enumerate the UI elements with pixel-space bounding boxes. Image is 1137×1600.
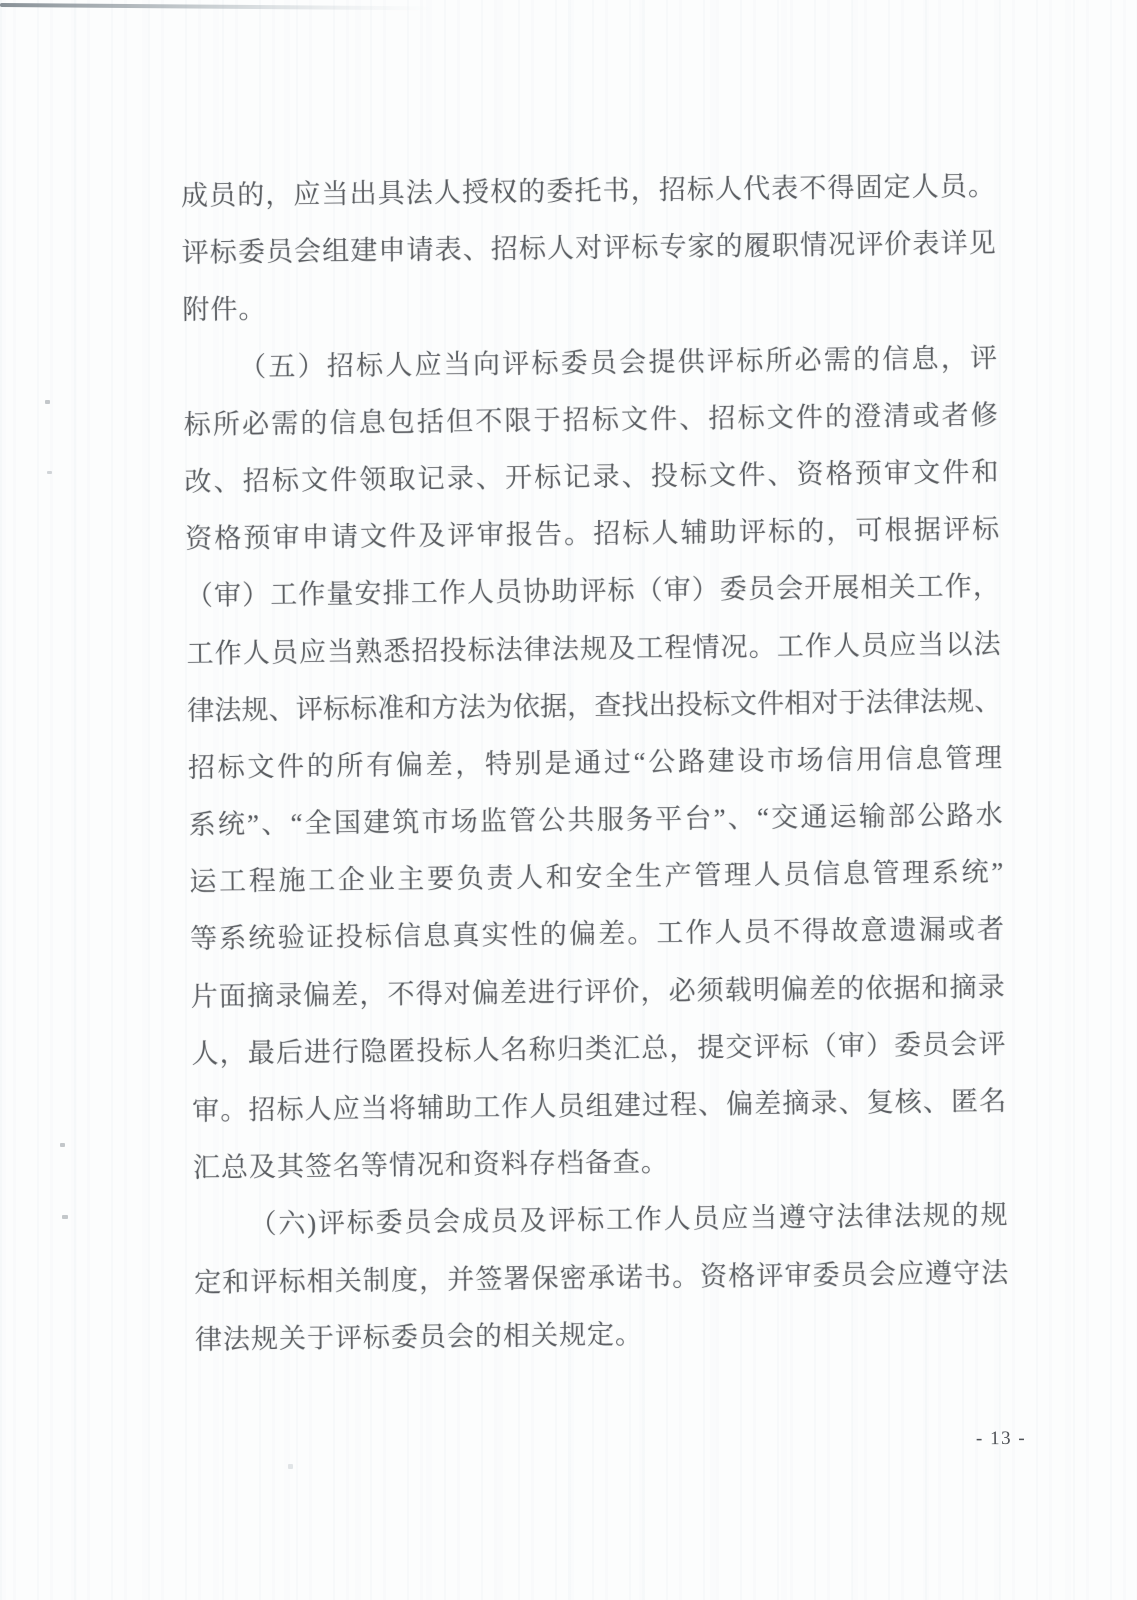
text-line: （五）招标人应当向评标委员会提供评标所必需的信息，评	[183, 330, 998, 397]
text-line: 系统”、“全国建筑市场监管公共服务平台”、“交通运输部公路水	[188, 787, 1003, 854]
scan-artifact-dot	[62, 1215, 68, 1219]
text-line: 律法规关于评标委员会的相关规定。	[195, 1302, 1010, 1369]
text-line: 汇总及其签名等情况和资料存档备查。	[193, 1130, 1008, 1197]
document-text-block: 成员的，应当出具法人授权的委托书，招标人代表不得固定人员。 评标委员会组建申请表…	[181, 158, 1010, 1369]
text-line: 工作人员应当熟悉招投标法律法规及工程情况。工作人员应当以法	[186, 616, 1001, 683]
scanned-document-page: 成员的，应当出具法人授权的委托书，招标人代表不得固定人员。 评标委员会组建申请表…	[0, 0, 1137, 1600]
scan-artifact-dot	[47, 471, 52, 474]
text-line: 改、招标文件领取记录、开标记录、投标文件、资格预审文件和	[184, 444, 999, 511]
text-line: 律法规、评标标准和方法为依据，查找出投标文件相对于法律法规、	[187, 673, 1002, 740]
text-line: 资格预审申请文件及评审报告。招标人辅助评标的，可根据评标	[185, 501, 1000, 568]
text-line: 成员的，应当出具法人授权的委托书，招标人代表不得固定人员。	[181, 158, 996, 225]
text-line: 运工程施工企业主要负责人和安全生产管理人员信息管理系统”	[189, 844, 1004, 911]
text-line: （审）工作量安排工作人员协助评标（审）委员会开展相关工作，	[186, 558, 1001, 625]
text-line: 附件。	[182, 272, 997, 339]
text-line: 定和评标相关制度，并签署保密承诺书。资格评审委员会应遵守法	[194, 1245, 1009, 1312]
text-line: 标所必需的信息包括但不限于招标文件、招标文件的澄清或者修	[183, 387, 998, 454]
text-line: 招标文件的所有偏差，特别是通过“公路建设市场信用信息管理	[188, 730, 1003, 797]
page-number: - 13 -	[976, 1428, 1026, 1450]
text-line: 人，最后进行隐匿投标人名称归类汇总，提交评标（审）委员会评	[191, 1016, 1006, 1083]
scan-artifact-dot	[45, 400, 50, 404]
text-line: 等系统验证投标信息真实性的偏差。工作人员不得故意遗漏或者	[190, 901, 1005, 968]
scan-artifact-dot	[60, 1143, 65, 1147]
text-line: 评标委员会组建申请表、招标人对评标专家的履职情况评价表详见	[181, 215, 996, 282]
text-line: 审。招标人应当将辅助工作人员组建过程、偏差摘录、复核、匿名	[192, 1073, 1007, 1140]
scan-artifact-streak	[0, 3, 430, 10]
text-line: （六)评标委员会成员及评标工作人员应当遵守法律法规的规	[193, 1187, 1008, 1254]
scan-artifact-dot	[288, 1464, 293, 1469]
text-line: 片面摘录偏差，不得对偏差进行评价，必须载明偏差的依据和摘录	[190, 959, 1005, 1026]
